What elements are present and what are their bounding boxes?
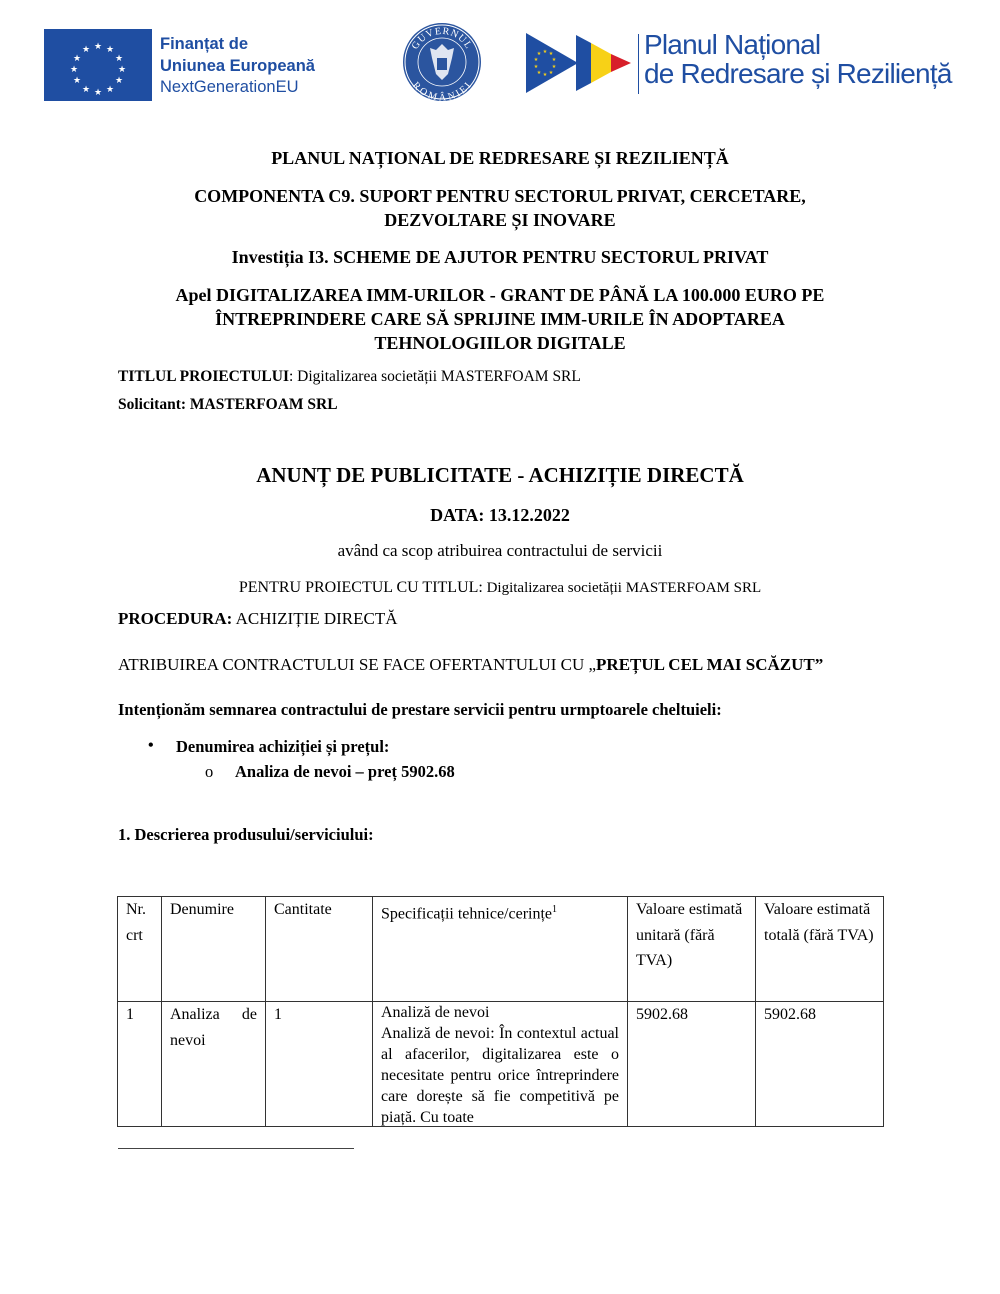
award-criterion: ATRIBUIREA CONTRACTULUI SE FACE OFERTANT…: [118, 655, 823, 675]
pnrr-text-line2: de Redresare și Reziliență: [644, 59, 952, 88]
header-valoare-unitara: Valoare estimată unitară (fără TVA): [628, 897, 756, 1002]
svg-text:★: ★: [115, 54, 123, 64]
procedure-value: ACHIZIȚIE DIRECTĂ: [232, 609, 397, 628]
call-heading: Apel DIGITALIZAREA IMM-URILOR - GRANT DE…: [100, 283, 900, 355]
table-row: 1 Analiza de nevoi 1 Analiză de nevoi An…: [118, 1002, 884, 1127]
sub-bullet-text: Analiza de nevoi – preț 5902.68: [235, 762, 455, 782]
document-title: PLANUL NAȚIONAL DE REDRESARE ȘI REZILIEN…: [100, 146, 900, 170]
sub-bullet-marker: o: [205, 762, 213, 782]
pnrr-divider: [638, 34, 639, 94]
spec-content: Analiză de nevoi Analiză de nevoi: În co…: [381, 1002, 619, 1126]
table-header-row: Nr. crt Denumire Cantitate Specificații …: [118, 897, 884, 1002]
header-specificatii: Specificații tehnice/cerințe1: [373, 897, 628, 1002]
intention-text: Intenționăm semnarea contractului de pre…: [118, 700, 722, 720]
svg-text:★: ★: [549, 70, 554, 76]
project-line-label: PENTRU PROIECTUL CU TITLUL:: [239, 579, 483, 596]
component-line1: COMPONENTA C9. SUPORT PENTRU SECTORUL PR…: [100, 184, 900, 208]
project-line-value: Digitalizarea societății MASTERFOAM SRL: [483, 580, 761, 596]
eu-text-line3: NextGenerationEU: [160, 77, 315, 99]
pnrr-text-line1: Planul Național: [644, 30, 952, 59]
project-title-value: : Digitalizarea societății MASTERFOAM SR…: [289, 368, 581, 385]
cell-valoare-totala: 5902.68: [756, 1002, 884, 1127]
eu-text-line1: Finanțat de: [160, 34, 315, 56]
call-line1: Apel DIGITALIZAREA IMM-URILOR - GRANT DE…: [100, 283, 900, 307]
bullet-text: Denumirea achiziției și prețul:: [176, 737, 389, 757]
procedure-label: PROCEDURA:: [118, 609, 232, 628]
call-line3: TEHNOLOGIILOR DIGITALE: [100, 331, 900, 355]
award-prefix: ATRIBUIREA CONTRACTULUI SE FACE OFERTANT…: [118, 655, 596, 674]
cell-specificatii: Analiză de nevoi Analiză de nevoi: În co…: [373, 1002, 628, 1127]
svg-text:★: ★: [543, 49, 548, 55]
project-line: PENTRU PROIECTUL CU TITLUL: Digitalizare…: [100, 576, 900, 600]
header-specificatii-label: Specificații tehnice/cerințe: [381, 905, 552, 922]
announcement-title: ANUNȚ DE PUBLICITATE - ACHIZIȚIE DIRECTĂ: [100, 462, 900, 488]
component-line2: DEZVOLTARE ȘI INOVARE: [100, 208, 900, 232]
svg-text:★: ★: [82, 85, 90, 95]
eu-text-line2: Uniunea Europeană: [160, 56, 315, 78]
header-valoare-totala: Valoare estimată totală (fără TVA): [756, 897, 884, 1002]
svg-text:★: ★: [82, 45, 90, 55]
procedure: PROCEDURA: ACHIZIȚIE DIRECTĂ: [118, 609, 398, 629]
cell-valoare-unitara: 5902.68: [628, 1002, 756, 1127]
eu-flag-icon: ★★★ ★★★ ★★★ ★★★: [44, 29, 152, 101]
footnote-mark: 1: [552, 904, 557, 915]
svg-text:★: ★: [106, 45, 114, 55]
svg-text:★: ★: [552, 57, 557, 63]
applicant: Solicitant: MASTERFOAM SRL: [118, 396, 338, 414]
svg-text:★: ★: [537, 51, 542, 57]
svg-text:★: ★: [537, 70, 542, 76]
svg-text:★: ★: [543, 72, 548, 78]
cell-denumire: Analiza de nevoi: [162, 1002, 266, 1127]
component-heading: COMPONENTA C9. SUPORT PENTRU SECTORUL PR…: [100, 184, 900, 232]
bullet-marker: •: [148, 737, 154, 755]
scope-text: având ca scop atribuirea contractului de…: [100, 539, 900, 563]
header-nr-crt: Nr. crt: [118, 897, 162, 1002]
spec-title: Analiză de nevoi: [381, 1002, 619, 1023]
svg-text:★: ★: [94, 42, 102, 52]
section-heading: 1. Descrierea produsului/serviciului:: [118, 825, 374, 845]
svg-text:★: ★: [94, 88, 102, 98]
pnrr-arrows-icon: ★★★ ★★★ ★★★★: [526, 33, 634, 93]
cell-cantitate: 1: [266, 1002, 373, 1127]
specification-table: Nr. crt Denumire Cantitate Specificații …: [117, 896, 884, 1127]
svg-text:★: ★: [115, 76, 123, 86]
call-line2: ÎNTREPRINDERE CARE SĂ SPRIJINE IMM-URILE…: [100, 307, 900, 331]
footnote-separator: [118, 1148, 354, 1149]
svg-text:★: ★: [118, 65, 126, 75]
guvernul-romaniei-seal-icon: GUVERNUL ROMÂNIEI: [402, 22, 482, 102]
svg-text:★: ★: [534, 64, 539, 70]
eu-funding-label: Finanțat de Uniunea Europeană NextGenera…: [160, 34, 315, 99]
pnrr-label: Planul Național de Redresare și Rezilien…: [644, 30, 952, 88]
announcement-date: DATA: 13.12.2022: [100, 503, 900, 527]
spec-body: Analiză de nevoi: În contextul actual al…: [381, 1023, 619, 1126]
award-criterion-bold: PREȚUL CEL MAI SCĂZUT”: [596, 655, 823, 674]
svg-text:★: ★: [106, 85, 114, 95]
svg-text:★: ★: [73, 76, 81, 86]
project-title: TITLUL PROIECTULUI: Digitalizarea societ…: [118, 368, 581, 386]
header-cantitate: Cantitate: [266, 897, 373, 1002]
svg-text:★: ★: [70, 65, 78, 75]
investment-heading: Investiția I3. SCHEME DE AJUTOR PENTRU S…: [100, 245, 900, 269]
project-title-label: TITLUL PROIECTULUI: [118, 368, 289, 385]
svg-text:★: ★: [73, 54, 81, 64]
svg-text:★: ★: [534, 57, 539, 63]
header-denumire: Denumire: [162, 897, 266, 1002]
cell-nr: 1: [118, 1002, 162, 1127]
